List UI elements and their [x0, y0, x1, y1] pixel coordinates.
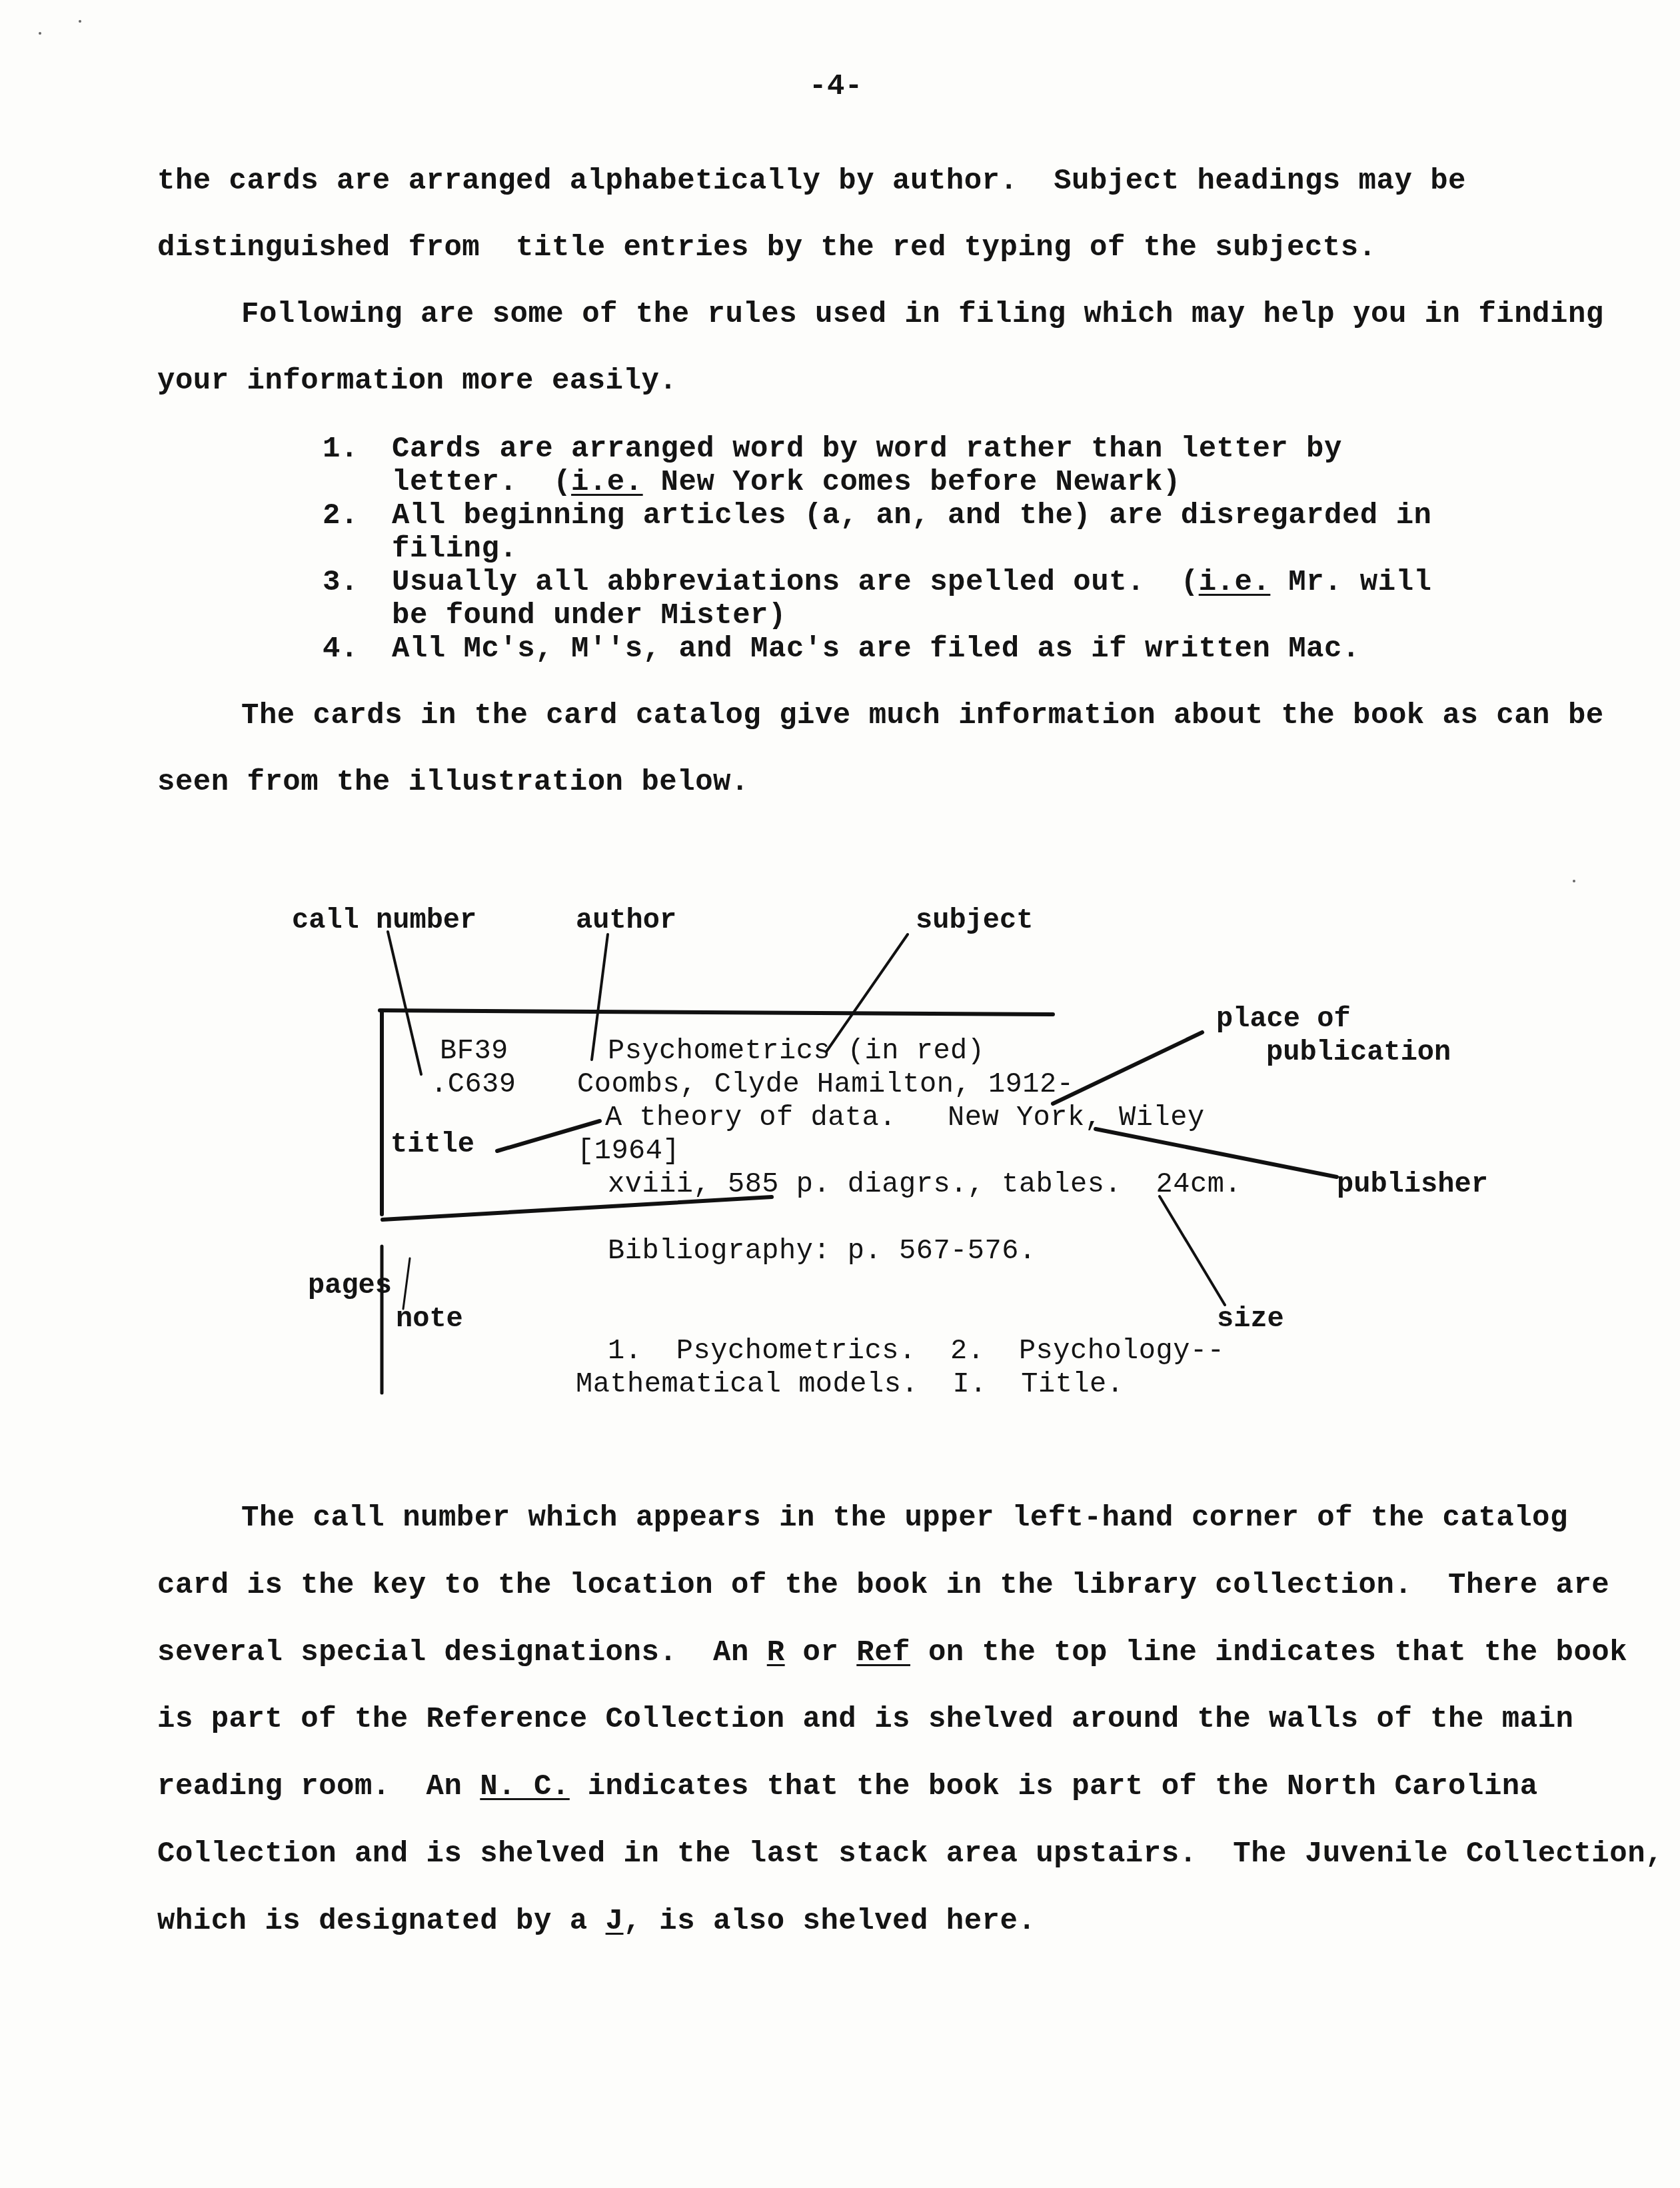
card-subject-heading: Psychometrics (in red)	[608, 1037, 985, 1065]
card-call-number-line2: .C639	[430, 1070, 516, 1098]
card-title-line: A theory of data. New York, Wiley	[605, 1104, 1205, 1132]
label-size: size	[1217, 1305, 1284, 1333]
card-collation-line: xviii, 585 p. diagrs., tables. 24cm.	[608, 1170, 1242, 1198]
text-line: card is the key to the location of the b…	[157, 1571, 1609, 1600]
label-call-number: call number	[292, 906, 476, 934]
card-note-line: Bibliography: p. 567-576.	[608, 1237, 1036, 1265]
label-pages: pages	[308, 1272, 392, 1300]
label-place-of-publication-line2: publication	[1266, 1038, 1451, 1066]
card-date-line: [1964]	[577, 1137, 680, 1165]
card-author-line: Coombs, Clyde Hamilton, 1912-	[577, 1070, 1074, 1098]
label-subject: subject	[916, 906, 1033, 934]
text-line: reading room. An N. C. indicates that th…	[157, 1772, 1538, 1801]
label-title: title	[391, 1130, 474, 1158]
text-line: several special designations. An R or Re…	[157, 1638, 1627, 1667]
card-tracing-line1: 1. Psychometrics. 2. Psychology--	[608, 1337, 1224, 1365]
text-line: The call number which appears in the upp…	[241, 1504, 1568, 1533]
text-line: which is designated by a J, is also shel…	[157, 1907, 1036, 1936]
label-place-of-publication-line1: place of	[1216, 1005, 1351, 1033]
label-note: note	[396, 1305, 463, 1333]
label-author: author	[576, 906, 676, 934]
label-publisher: publisher	[1337, 1170, 1488, 1198]
card-tracing-line2: Mathematical models. I. Title.	[576, 1370, 1124, 1398]
text-line: is part of the Reference Collection and …	[157, 1705, 1573, 1734]
card-call-number-line1: BF39	[440, 1037, 508, 1065]
text-line: Collection and is shelved in the last st…	[157, 1839, 1663, 1869]
